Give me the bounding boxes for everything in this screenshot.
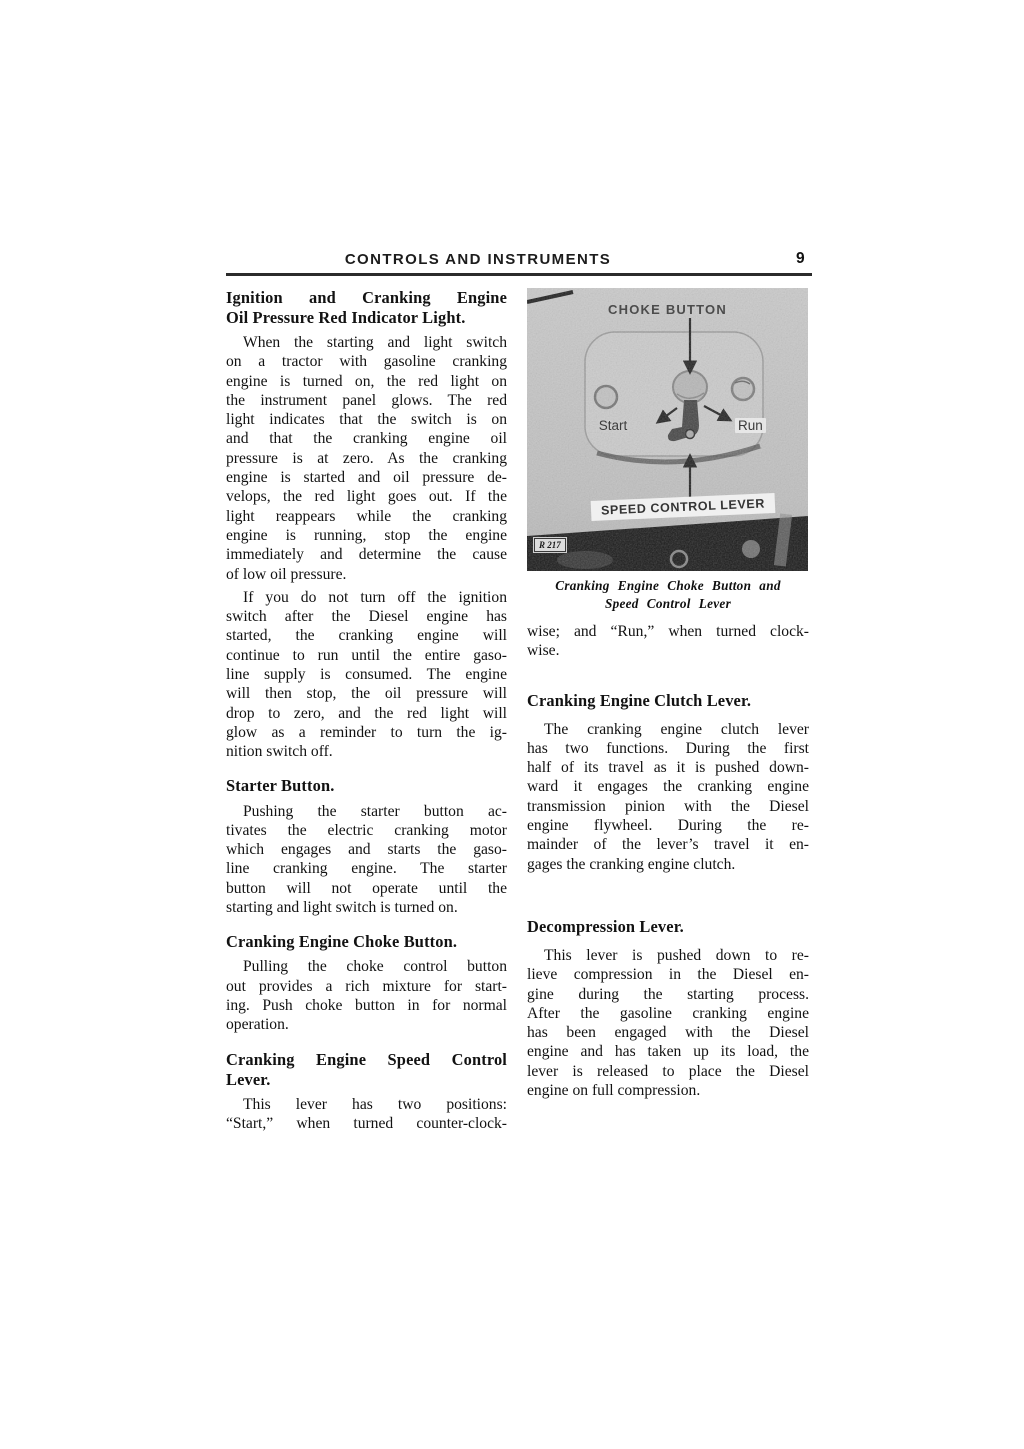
- page-header-title: CONTROLS AND INSTRUMENTS: [345, 251, 611, 268]
- page-number: 9: [796, 250, 805, 268]
- paragraph-clutch-lever: The cranking engine clutch leverhas two …: [527, 720, 809, 874]
- figure-photo: CHOKE BUTTON Start Run SPEED CONTROL LEV…: [527, 288, 808, 571]
- section-heading-starter-button: Starter Button.: [226, 776, 507, 796]
- left-column: Ignition and Cranking EngineOil Pressure…: [226, 288, 507, 1133]
- section-heading-ignition-light: Ignition and Cranking EngineOil Pressure…: [226, 288, 507, 328]
- paragraph-speed-control-continued: wise; and “Run,” when turned clock-wise.: [527, 622, 809, 661]
- figure-label-choke-button: CHOKE BUTTON: [608, 302, 727, 317]
- figure-label-start-position: Start: [587, 418, 639, 433]
- manual-page: CONTROLS AND INSTRUMENTS 9 Ignition and …: [0, 0, 1024, 1449]
- section-heading-speed-control-lever: Cranking Engine Speed ControlLever.: [226, 1050, 507, 1090]
- paragraph-ignition-light-1: When the starting and light switchon a t…: [226, 333, 507, 584]
- figure-label-run-position: Run: [735, 418, 766, 433]
- header-rule: [226, 273, 812, 276]
- figure-caption: Cranking Engine Choke Button andSpeed Co…: [527, 577, 809, 612]
- paragraph-speed-control-lever: This lever has two positions:“Start,” wh…: [226, 1095, 507, 1134]
- section-heading-clutch-lever: Cranking Engine Clutch Lever.: [527, 691, 809, 711]
- figure-photo-id-tag: R 217: [534, 538, 566, 552]
- figure-photo-art: [527, 288, 808, 571]
- paragraph-choke-button: Pulling the choke control buttonout prov…: [226, 957, 507, 1034]
- section-heading-decompression-lever: Decompression Lever.: [527, 917, 809, 937]
- paragraph-ignition-light-2: If you do not turn off the ignitionswitc…: [226, 588, 507, 762]
- right-column: CHOKE BUTTON Start Run SPEED CONTROL LEV…: [527, 288, 809, 1100]
- section-heading-choke-button: Cranking Engine Choke Button.: [226, 932, 507, 952]
- paragraph-decompression-lever: This lever is pushed down to re-lieve co…: [527, 946, 809, 1100]
- paragraph-starter-button: Pushing the starter button ac-tivates th…: [226, 802, 507, 918]
